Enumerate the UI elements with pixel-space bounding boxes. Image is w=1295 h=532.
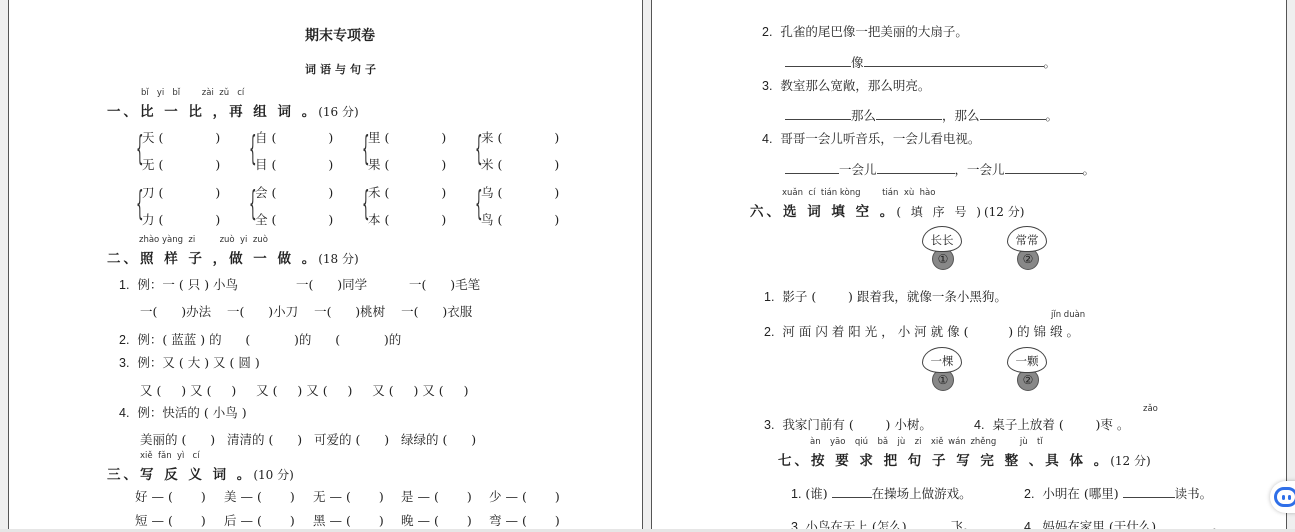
word-group-item: 无 (): [142, 155, 220, 173]
section6-pinyin: xuǎn cí tián kòng tián xù hào: [782, 188, 935, 198]
section2-pinyin: zhào yàng zi zuò yi zuò: [139, 235, 268, 245]
section1-pinyin: bǐ yi bǐ zài zǔ cí: [141, 88, 244, 98]
answer-blank[interactable]: [1005, 161, 1083, 174]
word-group-item: 全 (): [255, 210, 333, 228]
section6-q4-pinyin: zǎo: [1143, 404, 1158, 414]
section2-q1: 1. 例：一 ( 只 ) 小鸟: [119, 275, 238, 293]
word-group-item: 会 (): [255, 183, 333, 201]
answer-blank[interactable]: [785, 107, 851, 120]
section2-q4-items: 美丽的 ( ) 清清的 ( ) 可爱的 ( ) 绿绿的 ( ): [140, 430, 476, 448]
word-group-item: 目 (): [255, 155, 333, 173]
section6-heading: 六、选 词 填 空 。( 填 序 号 )(12 分): [750, 200, 1024, 220]
word-group-item: 乌 (): [481, 183, 559, 201]
answer-blank[interactable]: [832, 485, 872, 498]
antonym-item: 无 — (): [313, 487, 384, 505]
antonym-item: 后 — (): [224, 511, 295, 529]
section3-pinyin: xiě fǎn yì cí: [140, 451, 200, 461]
section2-q1-item: 一( )毛笔: [409, 275, 480, 293]
page-subtitle: 词语与句子: [305, 61, 380, 77]
section2-q1-row2: 一( )办法 一( )小刀 一( )桃树 一( )衣服: [140, 302, 472, 320]
section7-q2: 2. 小明在 (哪里) 读书。: [1024, 484, 1212, 502]
answer-blank[interactable]: [980, 107, 1046, 120]
section7-q1: 1. (谁) 在操场上做游戏。: [791, 484, 972, 502]
answer-blank[interactable]: [864, 54, 1044, 67]
option-mushroom-1: 长长 ①: [919, 226, 969, 274]
word-group-item: 力 (): [142, 210, 220, 228]
word-group-item: 禾 (): [368, 183, 446, 201]
section2-q2: 2. 例：( 蓝蓝 ) 的 ( )的 ( )的: [119, 330, 401, 348]
word-group-item: 米 (): [481, 155, 559, 173]
antonym-item: 弯 — (): [489, 511, 560, 529]
chat-assistant-button[interactable]: [1270, 481, 1295, 513]
word-group-item: 本 (): [368, 210, 446, 228]
word-group-item: 刀 (): [142, 183, 220, 201]
antonym-item: 短 — (): [135, 511, 206, 529]
section6-q2-pinyin: jǐn duàn: [1051, 310, 1085, 320]
answer-blank[interactable]: [1160, 518, 1212, 529]
section7-pinyin: àn yāo qiú bǎ jù zi xiě wán zhěng jù tǐ: [810, 437, 1043, 447]
word-group-item: 来 (): [481, 128, 559, 146]
section7-heading: 七、按 要 求 把 句 子 写 完 整 、具 体 。(12 分): [778, 449, 1151, 469]
answer-blank[interactable]: [1123, 485, 1175, 498]
section2-q3: 3. 例：又 ( 大 ) 又 ( 圆 ): [119, 353, 260, 371]
antonym-item: 黑 — (): [313, 511, 384, 529]
word-group-item: 果 (): [368, 155, 446, 173]
chat-assistant-icon: [1274, 487, 1295, 507]
word-group-item: 天 (): [142, 128, 220, 146]
page2-q2: 2. 孔雀的尾巴像一把美丽的大扇子。: [762, 22, 968, 40]
word-group-item: 里 (): [368, 128, 446, 146]
answer-blank[interactable]: [785, 54, 851, 67]
antonym-item: 是 — (): [401, 487, 472, 505]
option-mushroom-2: 常常 ②: [1004, 226, 1054, 274]
section7-q3: 3. 小鸟在天上 (怎么) 飞。: [791, 517, 976, 529]
page2-q3: 3. 教室那么宽敞，那么明亮。: [762, 76, 930, 94]
section6-q2: 2. 河 面 闪 着 阳 光 ， 小 河 就 像 ( ) 的 锦 缎 。: [764, 322, 1079, 340]
document-page-left: 期末专项卷 词语与句子 bǐ yi bǐ zài zǔ cí 一、比 一 比 ，…: [8, 0, 643, 529]
section2-heading: 二、照 样 子 ，做 一 做 。(18 分): [107, 247, 359, 267]
section6-q3: 3. 我家门前有 ( ) 小树。: [764, 415, 932, 433]
word-group-item: 自 (): [255, 128, 333, 146]
answer-blank[interactable]: [785, 161, 839, 174]
section2-q1-item: 一( )同学: [296, 275, 367, 293]
section6-q4: 4. 桌子上放着 ( )枣 。: [974, 415, 1129, 433]
option-mushroom-2: 一颗 ②: [1004, 347, 1054, 395]
section2-q4: 4. 例：快活的 ( 小鸟 ): [119, 403, 247, 421]
page-title: 期末专项卷: [305, 25, 375, 45]
antonym-item: 晚 — (): [401, 511, 472, 529]
section7-q4: 4. 妈妈在家里 (干什么) 。: [1024, 517, 1225, 529]
section1-heading: 一、比 一 比 ，再 组 词 。(16 分): [107, 100, 359, 120]
antonym-item: 好 — (): [135, 487, 206, 505]
antonym-item: 美 — (): [224, 487, 295, 505]
word-group-item: 鸟 (): [481, 210, 559, 228]
section3-heading: 三、写 反 义 词 。(10 分): [107, 463, 294, 483]
document-page-right: 2. 孔雀的尾巴像一把美丽的大扇子。 像。 3. 教室那么宽敞，那么明亮。 那么…: [651, 0, 1287, 529]
answer-blank[interactable]: [876, 107, 942, 120]
page2-q3-fill: 那么，那么。: [785, 106, 1058, 124]
page2-q4-fill: 一会儿，一会儿。: [785, 160, 1095, 178]
section2-q3-items: 又 ( ) 又 ( ) 又 ( ) 又 ( ) 又 ( ) 又 ( ): [140, 381, 468, 399]
section6-q1: 1. 影子 ( ) 跟着我，就像一条小黑狗。: [764, 287, 1007, 305]
page2-q4: 4. 哥哥一会儿听音乐，一会儿看电视。: [762, 129, 980, 147]
answer-blank[interactable]: [911, 518, 951, 529]
answer-blank[interactable]: [877, 161, 955, 174]
antonym-item: 少 — (): [489, 487, 560, 505]
option-mushroom-1: 一棵 ①: [919, 347, 969, 395]
page2-q2-fill: 像。: [785, 53, 1056, 71]
